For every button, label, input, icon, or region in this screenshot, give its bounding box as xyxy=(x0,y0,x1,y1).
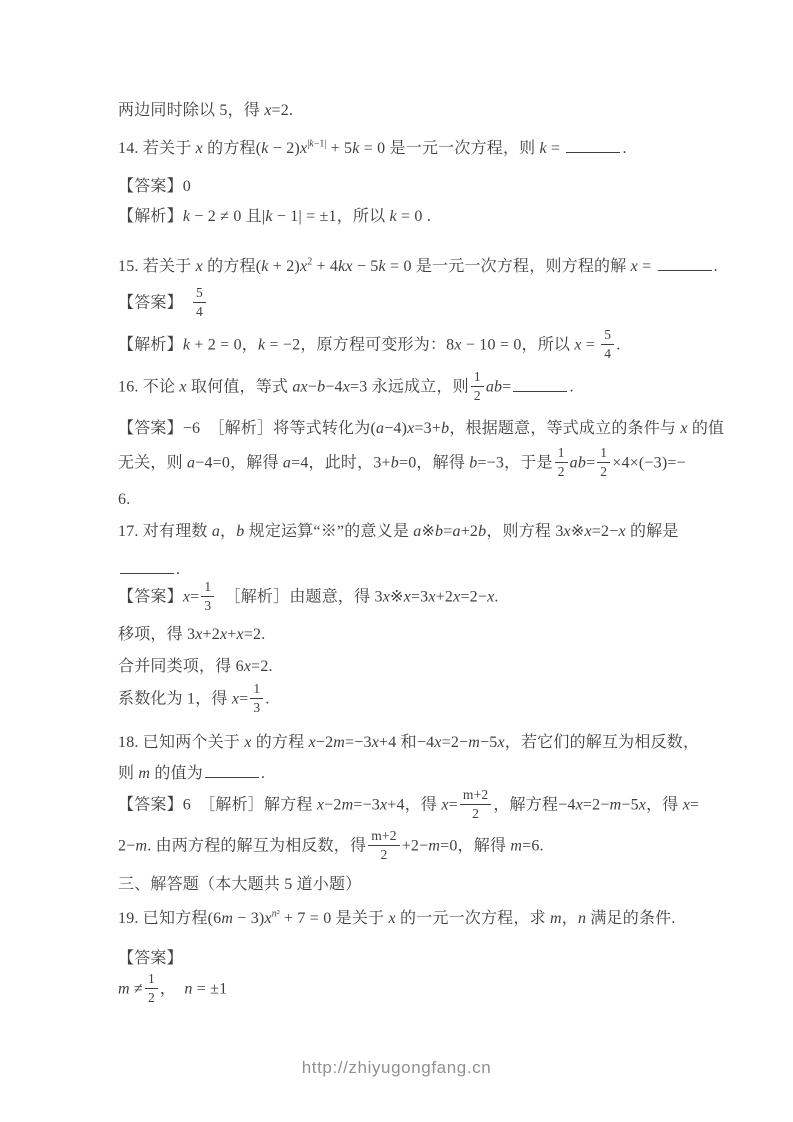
text-run: 【解析】 xyxy=(118,337,183,354)
text-run: 【答案】 xyxy=(118,589,183,606)
math-run: 3x※x=2−x xyxy=(555,523,625,540)
math-run: n = ±1 xyxy=(184,981,227,998)
text-run: ，根据题意，等式成立的条件与 xyxy=(449,420,680,437)
text-run: 移项，得 xyxy=(118,626,187,643)
document-line: 【答案】x=13 ［解析］由题意，得 3x※x=3x+2x=2−x. xyxy=(118,582,718,614)
document-line: 系数化为 1，得 x=13. xyxy=(118,684,718,716)
worksheet-page: 两边同时除以 5，得 x=2.14. 若关于 x 的方程(k − 2)x|k−1… xyxy=(0,0,793,1122)
document-line: 18. 已知两个关于 x 的方程 x−2m=−3x+4 和−4x=2−m−5x，… xyxy=(118,732,718,753)
document-line: . xyxy=(118,558,718,580)
math-run: +2−m=0 xyxy=(402,838,458,855)
math-fraction: m+22 xyxy=(460,788,491,820)
document-line: 【答案】−6 ［解析］将等式转化为(a−4)x=3+b，根据题意，等式成立的条件… xyxy=(118,418,718,439)
math-run: x xyxy=(244,734,251,751)
answer-blank xyxy=(120,558,174,574)
document-line: 【答案】6 ［解析］解方程 x−2m=−3x+4，得 x=m+22，解方程−4x… xyxy=(118,790,718,822)
document-line: 合并同类项，得 6x=2. xyxy=(118,656,718,677)
text-run: 【解析】 xyxy=(118,208,183,225)
text-run: ，此时， xyxy=(309,455,374,472)
text-run: . xyxy=(423,208,431,225)
text-run: 的一元一次方程，求 xyxy=(396,910,550,927)
text-run: ，解得 xyxy=(230,455,283,472)
text-run: 【答案】 xyxy=(118,295,191,312)
text-run: ，若它们的解互为相反数， xyxy=(505,734,699,751)
text-run: 【答案】 xyxy=(118,950,183,967)
math-run: −6 xyxy=(183,420,200,437)
math-fraction: 54 xyxy=(601,328,614,360)
text-run: ［解析］将等式转化为 xyxy=(200,420,370,437)
text-run: ，所以 xyxy=(337,208,390,225)
text-run: ，所以 xyxy=(522,337,575,354)
text-run: 的值 xyxy=(688,420,725,437)
text-run: 19. 已知方程 xyxy=(118,910,208,927)
document-line: m ≠12， n = ±1 xyxy=(118,974,718,1006)
document-line: 6. xyxy=(118,489,718,510)
text-run: 14. 若关于 xyxy=(118,140,196,157)
footer-watermark-url: http://zhiyugongfang.cn xyxy=(0,1058,793,1078)
math-fraction: 54 xyxy=(193,286,206,318)
document-line: 三、解答题（本大题共 5 道小题） xyxy=(118,874,718,895)
text-run: ， xyxy=(160,981,184,998)
text-run: . xyxy=(265,691,269,708)
math-run: x=2. xyxy=(264,102,293,119)
math-run: x = xyxy=(574,337,599,354)
math-run: x = xyxy=(631,258,656,275)
text-run: 系数化为 1，得 xyxy=(118,691,232,708)
text-run: 的解是 xyxy=(626,523,679,540)
math-run: x−2m=−3x+4 xyxy=(309,734,397,751)
math-run: 6x=2. xyxy=(236,658,273,675)
math-run: x xyxy=(388,910,395,927)
text-run: 17. 对有理数 xyxy=(118,523,212,540)
math-run: (k − 2)x xyxy=(256,140,308,157)
text-run: . xyxy=(569,379,573,396)
text-run: ， xyxy=(242,337,258,354)
math-run: k = 0 xyxy=(390,208,423,225)
text-run: 16. 不论 xyxy=(118,379,179,396)
text-run: 的方程 xyxy=(203,140,256,157)
math-run: a=4 xyxy=(283,455,309,472)
math-run: n xyxy=(578,910,586,927)
text-run: 满足的条件. xyxy=(586,910,675,927)
math-run: −4x=2−m−5x xyxy=(558,797,646,814)
text-run: 两边同时除以 5，得 xyxy=(118,102,264,119)
answer-blank xyxy=(205,762,259,778)
math-run: a※b=a+2b xyxy=(413,523,486,540)
text-run: ，则方程 xyxy=(486,523,555,540)
document-line: 两边同时除以 5，得 x=2. xyxy=(118,100,718,121)
text-run: 的方程 xyxy=(252,734,309,751)
math-run: + 4kx − 5k = 0 xyxy=(312,258,411,275)
document-line: 【解析】k + 2 = 0，k = −2，原方程可变形为：8x − 10 = 0… xyxy=(118,330,718,362)
math-run: b=−3 xyxy=(469,455,504,472)
math-run: m xyxy=(550,910,562,927)
document-line: 则 m 的值为. xyxy=(118,762,718,784)
math-run: x xyxy=(680,420,687,437)
text-run: 且 xyxy=(242,208,262,225)
math-run: 3x※x=3x+2x=2−x. xyxy=(375,589,499,606)
document-line: 17. 对有理数 a，b 规定运算“※”的意义是 a※b=a+2b，则方程 3x… xyxy=(118,521,718,542)
math-fraction: 12 xyxy=(145,972,158,1004)
math-run: −4x=2−m−5x xyxy=(417,734,505,751)
math-run: (a−4)x=3+b xyxy=(370,420,449,437)
text-run: 【答案】0 xyxy=(118,178,191,195)
text-run: ，得 xyxy=(405,797,442,814)
document-line: 16. 不论 x 取何值，等式 ax−b−4x=3 永远成立，则12ab=. xyxy=(118,372,718,404)
text-run: . xyxy=(714,258,718,275)
math-run: x xyxy=(179,379,186,396)
math-run: a xyxy=(212,523,220,540)
text-run: 规定运算“※”的意义是 xyxy=(244,523,413,540)
document-line: 【答案】 xyxy=(118,948,718,969)
text-run: 永远成立，则 xyxy=(367,379,468,396)
text-run: 的方程 xyxy=(203,258,256,275)
math-run: x= xyxy=(232,691,249,708)
math-run: ab= xyxy=(570,455,596,472)
document-line: 2−m. 由两方程的解互为相反数，得m+22+2−m=0，解得 m=6. xyxy=(118,831,718,863)
text-run: ，解方程 xyxy=(493,797,558,814)
text-run: ，得 xyxy=(646,797,683,814)
document-line: 19. 已知方程(6m − 3)xn² + 7 = 0 是关于 x 的一元一次方… xyxy=(118,908,718,929)
math-run: 3x+2x+x=2. xyxy=(187,626,265,643)
text-run: 18. 已知两个关于 xyxy=(118,734,244,751)
math-superscript: |k−1| xyxy=(307,139,326,150)
math-fraction: 13 xyxy=(201,580,214,612)
text-run: 和 xyxy=(396,734,416,751)
math-run: x= xyxy=(683,797,700,814)
math-fraction: 12 xyxy=(471,370,484,402)
answer-blank xyxy=(566,137,620,153)
text-run: 由两方程的解互为相反数，得 xyxy=(151,838,366,855)
text-run: ， xyxy=(562,910,578,927)
math-run: ab= xyxy=(486,379,512,396)
document-line: 15. 若关于 x 的方程(k + 2)x2 + 4kx − 5k = 0 是一… xyxy=(118,255,718,277)
text-run: 合并同类项，得 xyxy=(118,658,236,675)
math-run: |k − 1| = ±1 xyxy=(262,208,337,225)
math-run: x= xyxy=(183,589,200,606)
math-fraction: 12 xyxy=(597,446,610,478)
document-line: 【答案】 54 xyxy=(118,288,718,320)
document-line: 移项，得 3x+2x+x=2. xyxy=(118,624,718,645)
text-run: 15. 若关于 xyxy=(118,258,196,275)
text-run: ［解析］由题意，得 xyxy=(216,589,374,606)
text-run: 是关于 xyxy=(331,910,388,927)
math-run: x xyxy=(196,258,203,275)
math-run: ×4×(−3)=− xyxy=(612,455,686,472)
document-line: 【解析】k − 2 ≠ 0 且|k − 1| = ±1，所以 k = 0 . xyxy=(118,206,718,227)
text-run: ，解得 xyxy=(416,455,469,472)
text-run: ， xyxy=(220,523,236,540)
math-run: m=6. xyxy=(510,838,543,855)
math-fraction: 13 xyxy=(250,682,263,714)
text-run: 是一元一次方程，则方程的解 xyxy=(412,258,631,275)
answer-blank xyxy=(513,376,567,392)
text-run: . xyxy=(261,765,265,782)
math-run: k = xyxy=(540,140,565,157)
text-run: ，于是 xyxy=(504,455,553,472)
text-run: ，解得 xyxy=(458,838,511,855)
text-run: 取何值，等式 xyxy=(187,379,293,396)
text-run: . xyxy=(176,561,180,578)
math-run: (k + 2)x xyxy=(256,258,308,275)
math-run: m ≠ xyxy=(118,981,143,998)
text-run: 6. xyxy=(118,491,130,508)
text-run: 无关，则 xyxy=(118,455,187,472)
math-run: ax−b−4x=3 xyxy=(292,379,367,396)
text-run: 则 xyxy=(118,765,138,782)
math-run: 8x − 10 = 0 xyxy=(446,337,521,354)
text-run: 是一元一次方程，则 xyxy=(385,140,539,157)
math-fraction: 12 xyxy=(555,446,568,478)
math-run: + 5k = 0 xyxy=(326,140,385,157)
answer-blank xyxy=(658,255,712,271)
text-run: 的值为 xyxy=(150,765,203,782)
text-run: 三、解答题（本大题共 5 道小题） xyxy=(118,876,361,893)
math-run: x−2m=−3x+4 xyxy=(317,797,405,814)
text-run: 【答案】 xyxy=(118,420,183,437)
math-run: m xyxy=(138,765,150,782)
math-run: x= xyxy=(441,797,458,814)
math-run: + 7 = 0 xyxy=(280,910,332,927)
text-run: . xyxy=(622,140,626,157)
math-run: (6m − 3)x xyxy=(208,910,272,927)
math-run: 2−m. xyxy=(118,838,151,855)
math-run: a−4=0 xyxy=(187,455,230,472)
document-line: 【答案】0 xyxy=(118,176,718,197)
text-run: ，原方程可变形为： xyxy=(300,337,446,354)
math-fraction: m+22 xyxy=(368,829,399,861)
math-run: 3+b=0 xyxy=(373,455,416,472)
math-run: x xyxy=(196,140,203,157)
document-line: 14. 若关于 x 的方程(k − 2)x|k−1| + 5k = 0 是一元一… xyxy=(118,137,718,159)
math-run: k − 2 ≠ 0 xyxy=(183,208,242,225)
text-run: . xyxy=(616,337,620,354)
math-run: k + 2 = 0 xyxy=(183,337,242,354)
math-superscript: n² xyxy=(272,909,280,920)
document-body: 两边同时除以 5，得 x=2.14. 若关于 x 的方程(k − 2)x|k−1… xyxy=(0,0,793,1122)
math-run: k = −2 xyxy=(258,337,300,354)
document-line: 无关，则 a−4=0，解得 a=4，此时，3+b=0，解得 b=−3，于是12a… xyxy=(118,448,718,480)
text-run: 【答案】6 ［解析］解方程 xyxy=(118,797,317,814)
